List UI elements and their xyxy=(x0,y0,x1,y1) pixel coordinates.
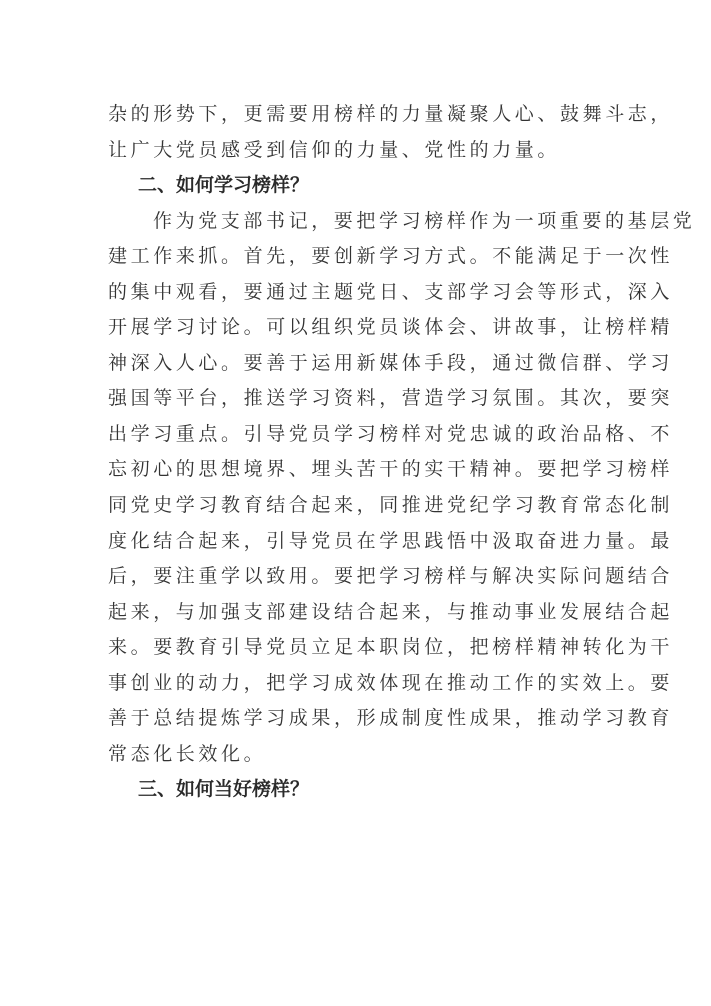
paragraph-line: 善于总结提炼学习成果，形成制度性成果，推动学习教育 xyxy=(108,701,608,737)
paragraph-line: 事创业的动力，把学习成效体现在推动工作的实效上。要 xyxy=(108,666,608,702)
paragraph-line: 出学习重点。引导党员学习榜样对党忠诚的政治品格、不 xyxy=(108,417,608,453)
paragraph-line: 后，要注重学以致用。要把学习榜样与解决实际问题结合 xyxy=(108,559,608,595)
paragraph-line: 忘初心的思想境界、埋头苦干的实干精神。要把学习榜样 xyxy=(108,452,608,488)
paragraph-line: 的集中观看，要通过主题党日、支部学习会等形式，深入 xyxy=(108,275,608,311)
paragraph-line: 神深入人心。要善于运用新媒体手段，通过微信群、学习 xyxy=(108,346,608,382)
paragraph-line: 常态化长效化。 xyxy=(108,737,608,773)
paragraph-line: 作为党支部书记，要把学习榜样作为一项重要的基层党 xyxy=(108,204,608,240)
paragraph-line: 同党史学习教育结合起来，同推进党纪学习教育常态化制 xyxy=(108,488,608,524)
section-heading-3: 三、如何当好榜样？ xyxy=(108,772,608,808)
paragraph-line: 建工作来抓。首先，要创新学习方式。不能满足于一次性 xyxy=(108,239,608,275)
paragraph-line: 起来，与加强支部建设结合起来，与推动事业发展结合起 xyxy=(108,595,608,631)
paragraph-line: 开展学习讨论。可以组织党员谈体会、讲故事，让榜样精 xyxy=(108,310,608,346)
section-heading-2: 二、如何学习榜样？ xyxy=(108,168,608,204)
paragraph-line: 让广大党员感受到信仰的力量、党性的力量。 xyxy=(108,133,608,169)
document-page: 杂的形势下，更需要用榜样的力量凝聚人心、鼓舞斗志， 让广大党员感受到信仰的力量、… xyxy=(108,97,608,808)
paragraph-line: 度化结合起来，引导党员在学思践悟中汲取奋进力量。最 xyxy=(108,524,608,560)
paragraph-line: 来。要教育引导党员立足本职岗位，把榜样精神转化为干 xyxy=(108,630,608,666)
paragraph-line: 杂的形势下，更需要用榜样的力量凝聚人心、鼓舞斗志， xyxy=(108,97,608,133)
paragraph-line: 强国等平台，推送学习资料，营造学习氛围。其次，要突 xyxy=(108,381,608,417)
